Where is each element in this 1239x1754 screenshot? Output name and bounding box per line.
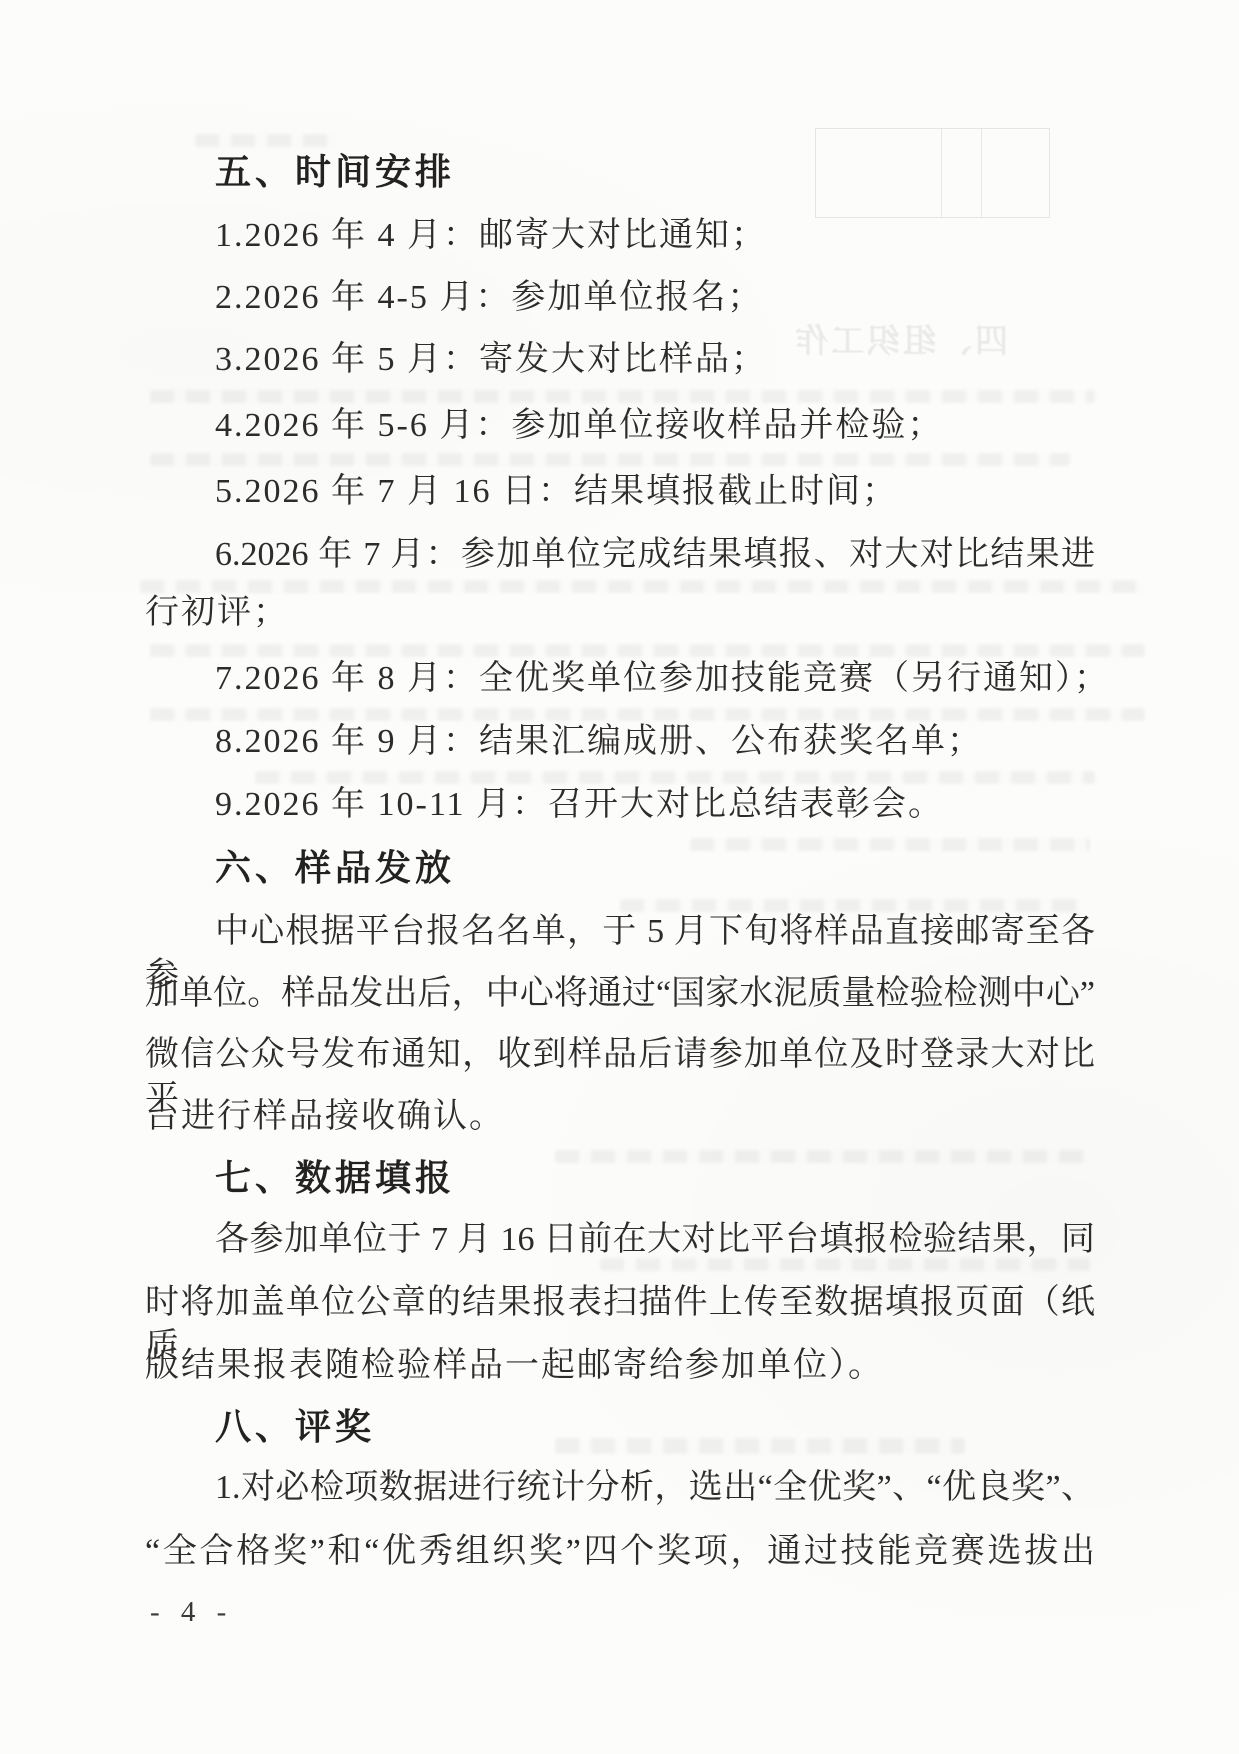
bleedthrough-smudge [690,838,1090,851]
section-heading-5: 五、时间安排 [215,150,455,194]
bleedthrough-smudge [150,644,1145,657]
bleedthrough-smudge [150,390,1095,403]
schedule-item-5: 5.2026 年 7 月 16 日：结果填报截止时间； [215,470,1095,514]
section-heading-7: 七、数据填报 [215,1156,455,1200]
paragraph-8-line-1: 1.对必检项数据进行统计分析，选出“全优奖”、“优良奖”、 [145,1466,1095,1510]
bleedthrough-smudge [555,1438,965,1454]
bleedthrough-smudge [195,134,335,147]
paragraph-6-line-4: 台进行样品接收确认。 [145,1095,1095,1139]
bleedthrough-table-divider [941,129,942,217]
schedule-item-3: 3.2026 年 5 月：寄发大对比样品； [215,338,1095,382]
bleedthrough-table [815,128,1050,218]
schedule-item-7: 7.2026 年 8 月：全优奖单位参加技能竞赛（另行通知）； [215,657,1095,701]
schedule-item-8: 8.2026 年 9 月：结果汇编成册、公布获奖名单； [215,720,1095,764]
schedule-item-2: 2.2026 年 4-5 月：参加单位报名； [215,276,1095,320]
schedule-item-9: 9.2026 年 10-11 月：召开大对比总结表彰会。 [215,783,1095,827]
schedule-item-4: 4.2026 年 5-6 月：参加单位接收样品并检验； [215,404,1095,448]
section-heading-6: 六、样品发放 [215,846,455,890]
bleedthrough-table-divider [981,129,982,217]
document-page: 四、组织工作 五、时间安排 1.2026 年 4 月：邮寄大对比通知； 2.20… [0,0,1239,1754]
paragraph-8-line-2: “全合格奖”和“优秀组织奖”四个奖项，通过技能竞赛选拔出 [145,1530,1095,1574]
paragraph-7-line-1: 各参加单位于 7 月 16 日前在大对比平台填报检验结果，同 [145,1218,1095,1262]
schedule-item-6-line-1: 6.2026 年 7 月：参加单位完成结果填报、对大对比结果进 [145,533,1095,577]
schedule-item-1: 1.2026 年 4 月：邮寄大对比通知； [215,214,1095,258]
paragraph-6-line-2: 加单位。样品发出后，中心将通过“国家水泥质量检验检测中心” [145,972,1095,1016]
schedule-item-6-line-2: 行初评； [145,591,1095,635]
section-heading-8: 八、评奖 [215,1405,375,1449]
page-number: - 4 - [150,1596,233,1629]
paragraph-7-line-3: 版结果报表随检验样品一起邮寄给参加单位）。 [145,1344,1095,1388]
bleedthrough-smudge [150,453,1070,466]
bleedthrough-smudge [555,1150,1085,1163]
